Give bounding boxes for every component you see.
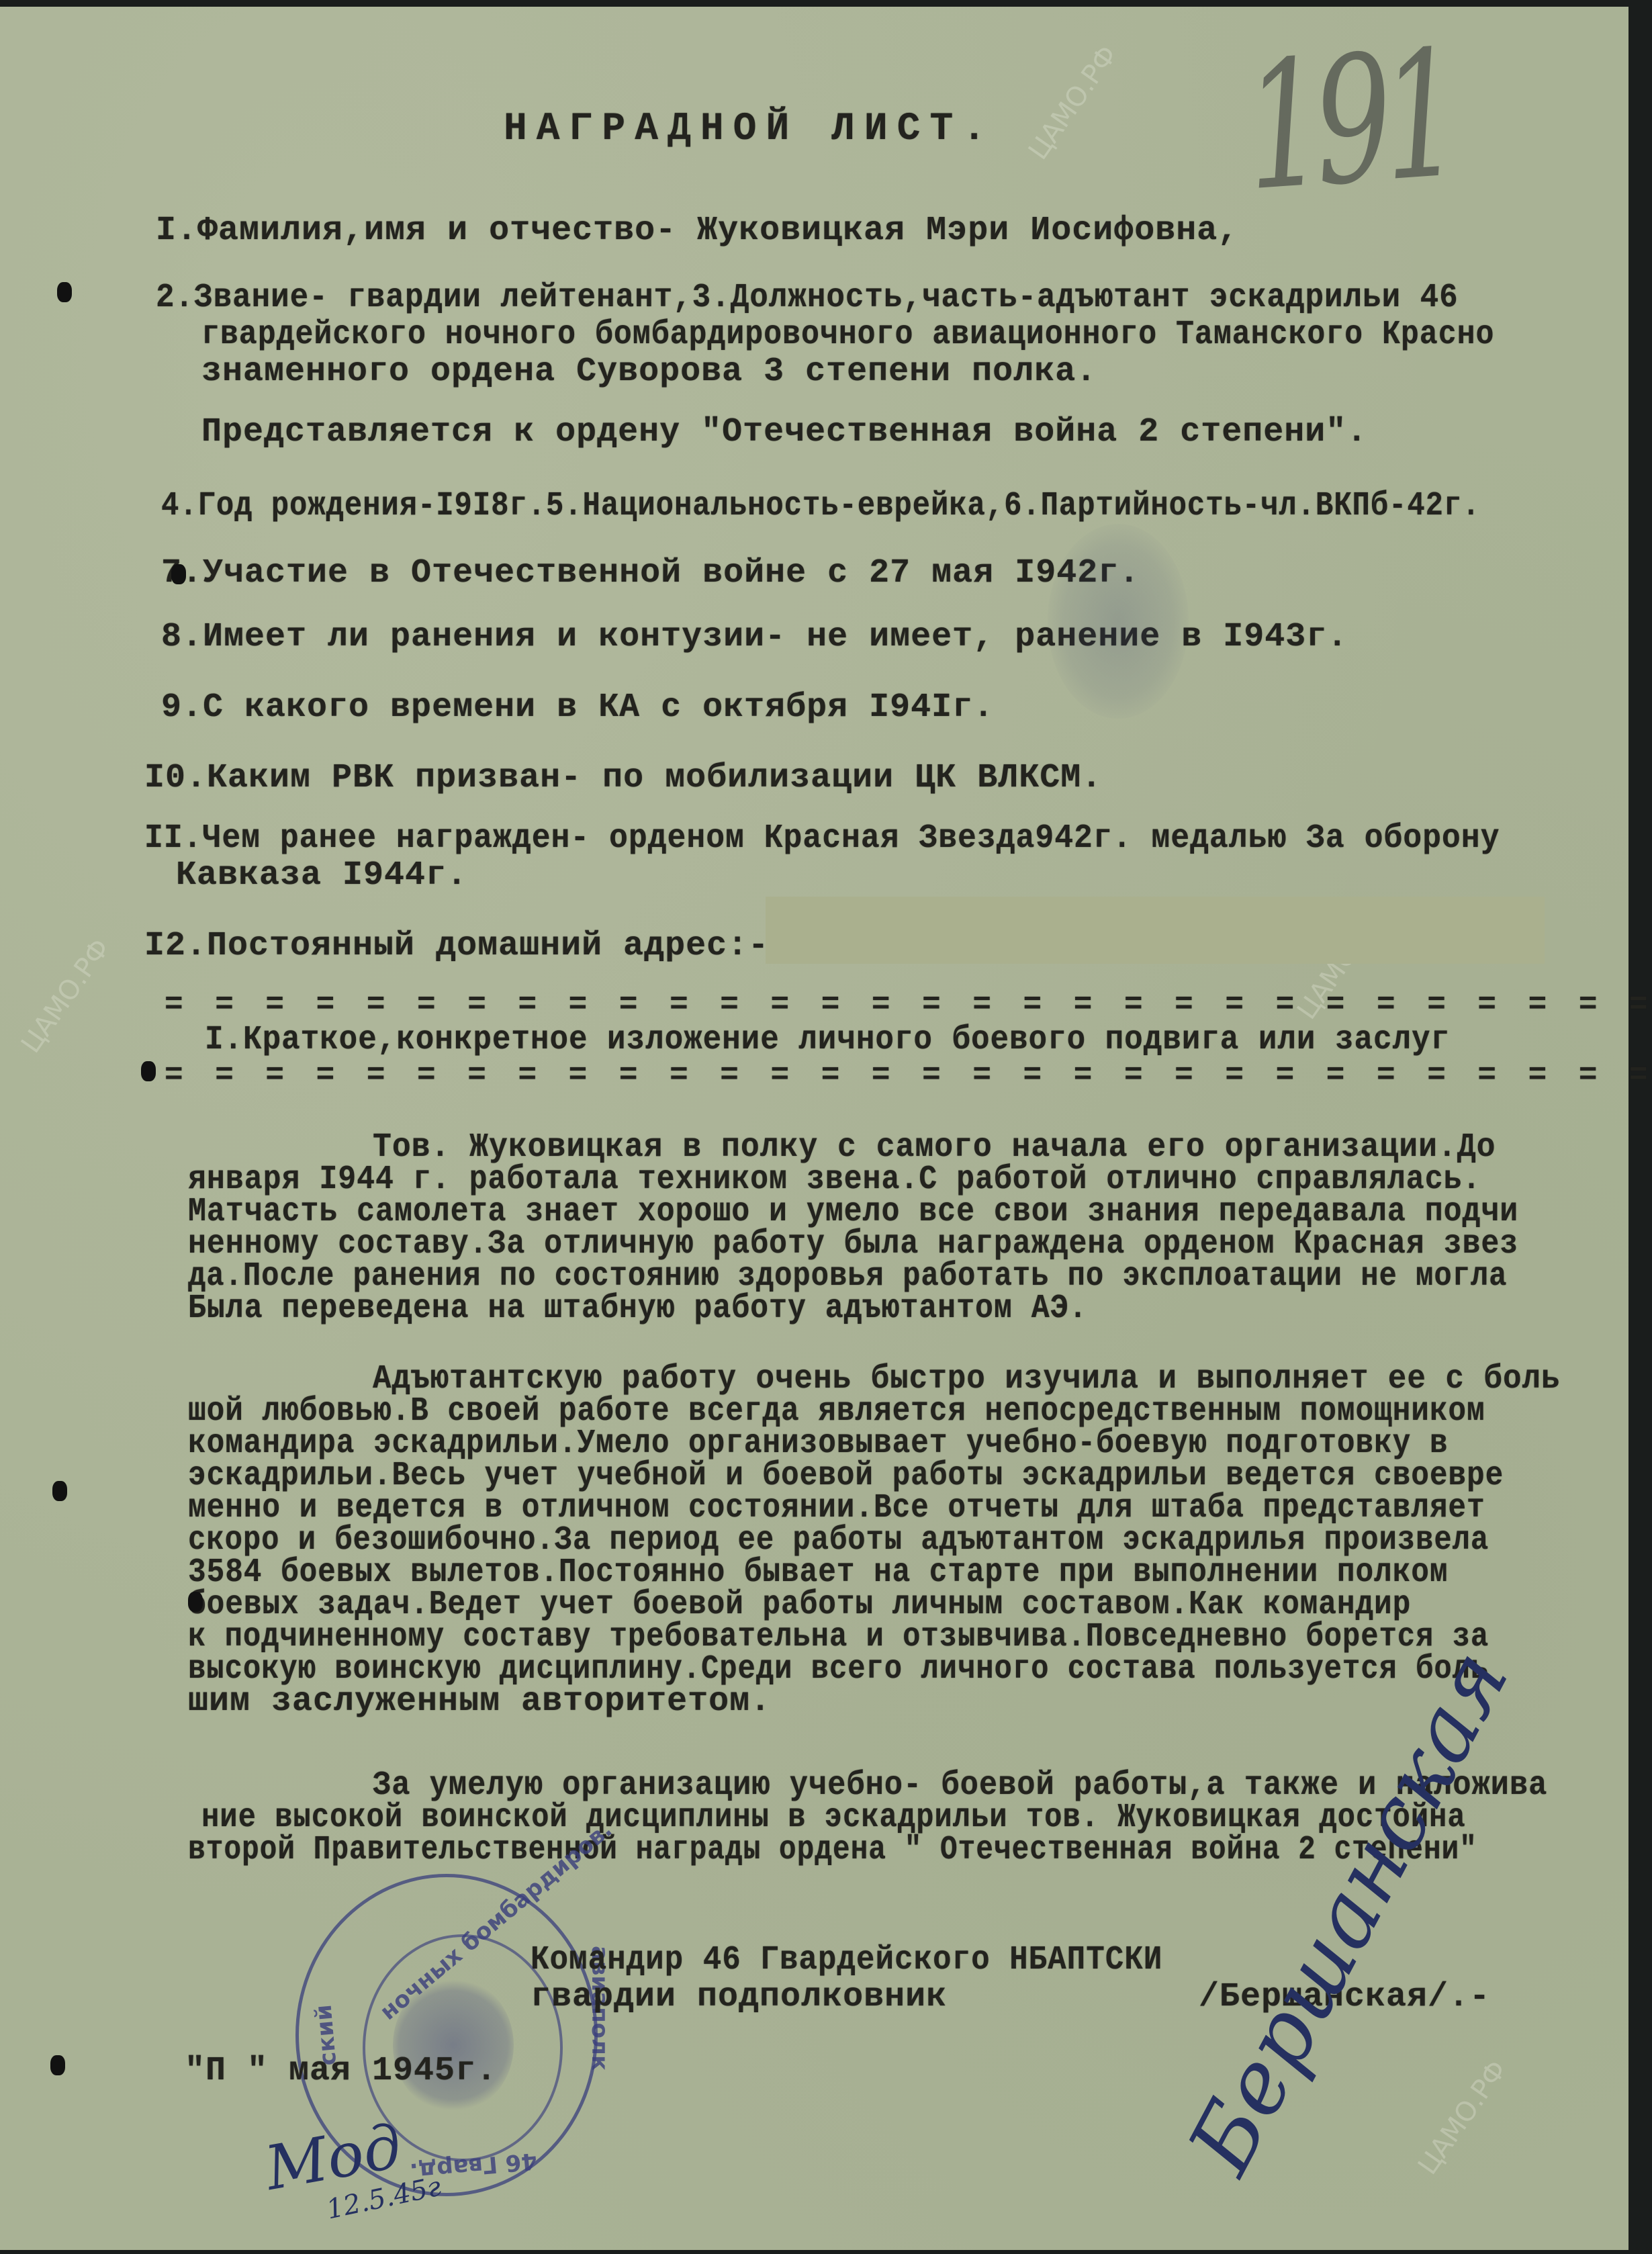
field-nomination: Представляется к ордену "Отечественная в… bbox=[201, 413, 1367, 451]
field-unit-end: знаменного ордена Суворова 3 степени пол… bbox=[201, 353, 1097, 391]
punch-hole bbox=[50, 2055, 65, 2075]
section-divider-bottom: = = = = = = = = = = = = = = = = = = = = … bbox=[165, 1058, 1652, 1093]
field-previous-awards: II.Чем ранее награжден- орденом Красная … bbox=[144, 819, 1500, 858]
field-name: I.Фамилия,имя и отчество- Жуковицкая Мэр… bbox=[156, 212, 1238, 250]
field-war-participation: 7.Участие в Отечественной войне с 27 мая… bbox=[161, 554, 1140, 592]
document-date: "П " мая 1945г. bbox=[185, 2052, 497, 2090]
field-service-since: 9.С какого времени в КА с октября I94Iг. bbox=[161, 688, 994, 727]
award-sheet: ЦАМО.РФ ЦАМО.РФ ЦАМО.РФ ЦАМО.РФ 191 НАГР… bbox=[0, 7, 1628, 2250]
ink-blot bbox=[171, 564, 186, 584]
faint-stamp bbox=[1048, 524, 1189, 719]
section-divider-top: = = = = = = = = = = = = = = = = = = = = … bbox=[165, 987, 1652, 1022]
punch-hole bbox=[52, 1481, 67, 1501]
body-line: второй Правительственной награды ордена … bbox=[188, 1831, 1477, 1869]
field-rank-position: 2.Звание- гвардии лейтенант,3.Должность,… bbox=[156, 279, 1459, 317]
section-heading: I.Краткое,конкретное изложение личного б… bbox=[205, 1021, 1450, 1059]
commander-position: Командир 46 Гвардейского НБАПТСКИ bbox=[531, 1941, 1162, 1979]
field-drafted-by: I0.Каким РВК призван- по мобилизации ЦК … bbox=[144, 759, 1102, 797]
body-line: шим заслуженным авторитетом. bbox=[188, 1682, 771, 1721]
field-previous-awards-cont: Кавказа I944г. bbox=[176, 856, 467, 895]
watermark: ЦАМО.РФ bbox=[15, 934, 116, 1059]
document-title: НАГРАДНОЙ ЛИСТ. bbox=[504, 107, 995, 151]
ink-blot bbox=[188, 1592, 203, 1612]
punch-hole bbox=[57, 282, 72, 302]
archive-number: 191 bbox=[1239, 13, 1458, 230]
redacted-address bbox=[766, 897, 1545, 964]
watermark: ЦАМО.РФ bbox=[1023, 40, 1123, 166]
body-line: Была переведена на штабную работу адъюта… bbox=[188, 1290, 1087, 1328]
field-unit-continued: гвардейского ночного бомбардировочного а… bbox=[201, 316, 1494, 354]
field-birth-nationality-party: 4.Год рождения-I9I8г.5.Национальность-ев… bbox=[161, 487, 1480, 525]
commander-rank: гвардии подполковник bbox=[531, 1978, 947, 2016]
punch-hole bbox=[141, 1061, 156, 1081]
watermark: ЦАМО.РФ bbox=[1412, 2055, 1513, 2181]
field-home-address: I2.Постоянный домашний адрес:- bbox=[144, 927, 769, 965]
